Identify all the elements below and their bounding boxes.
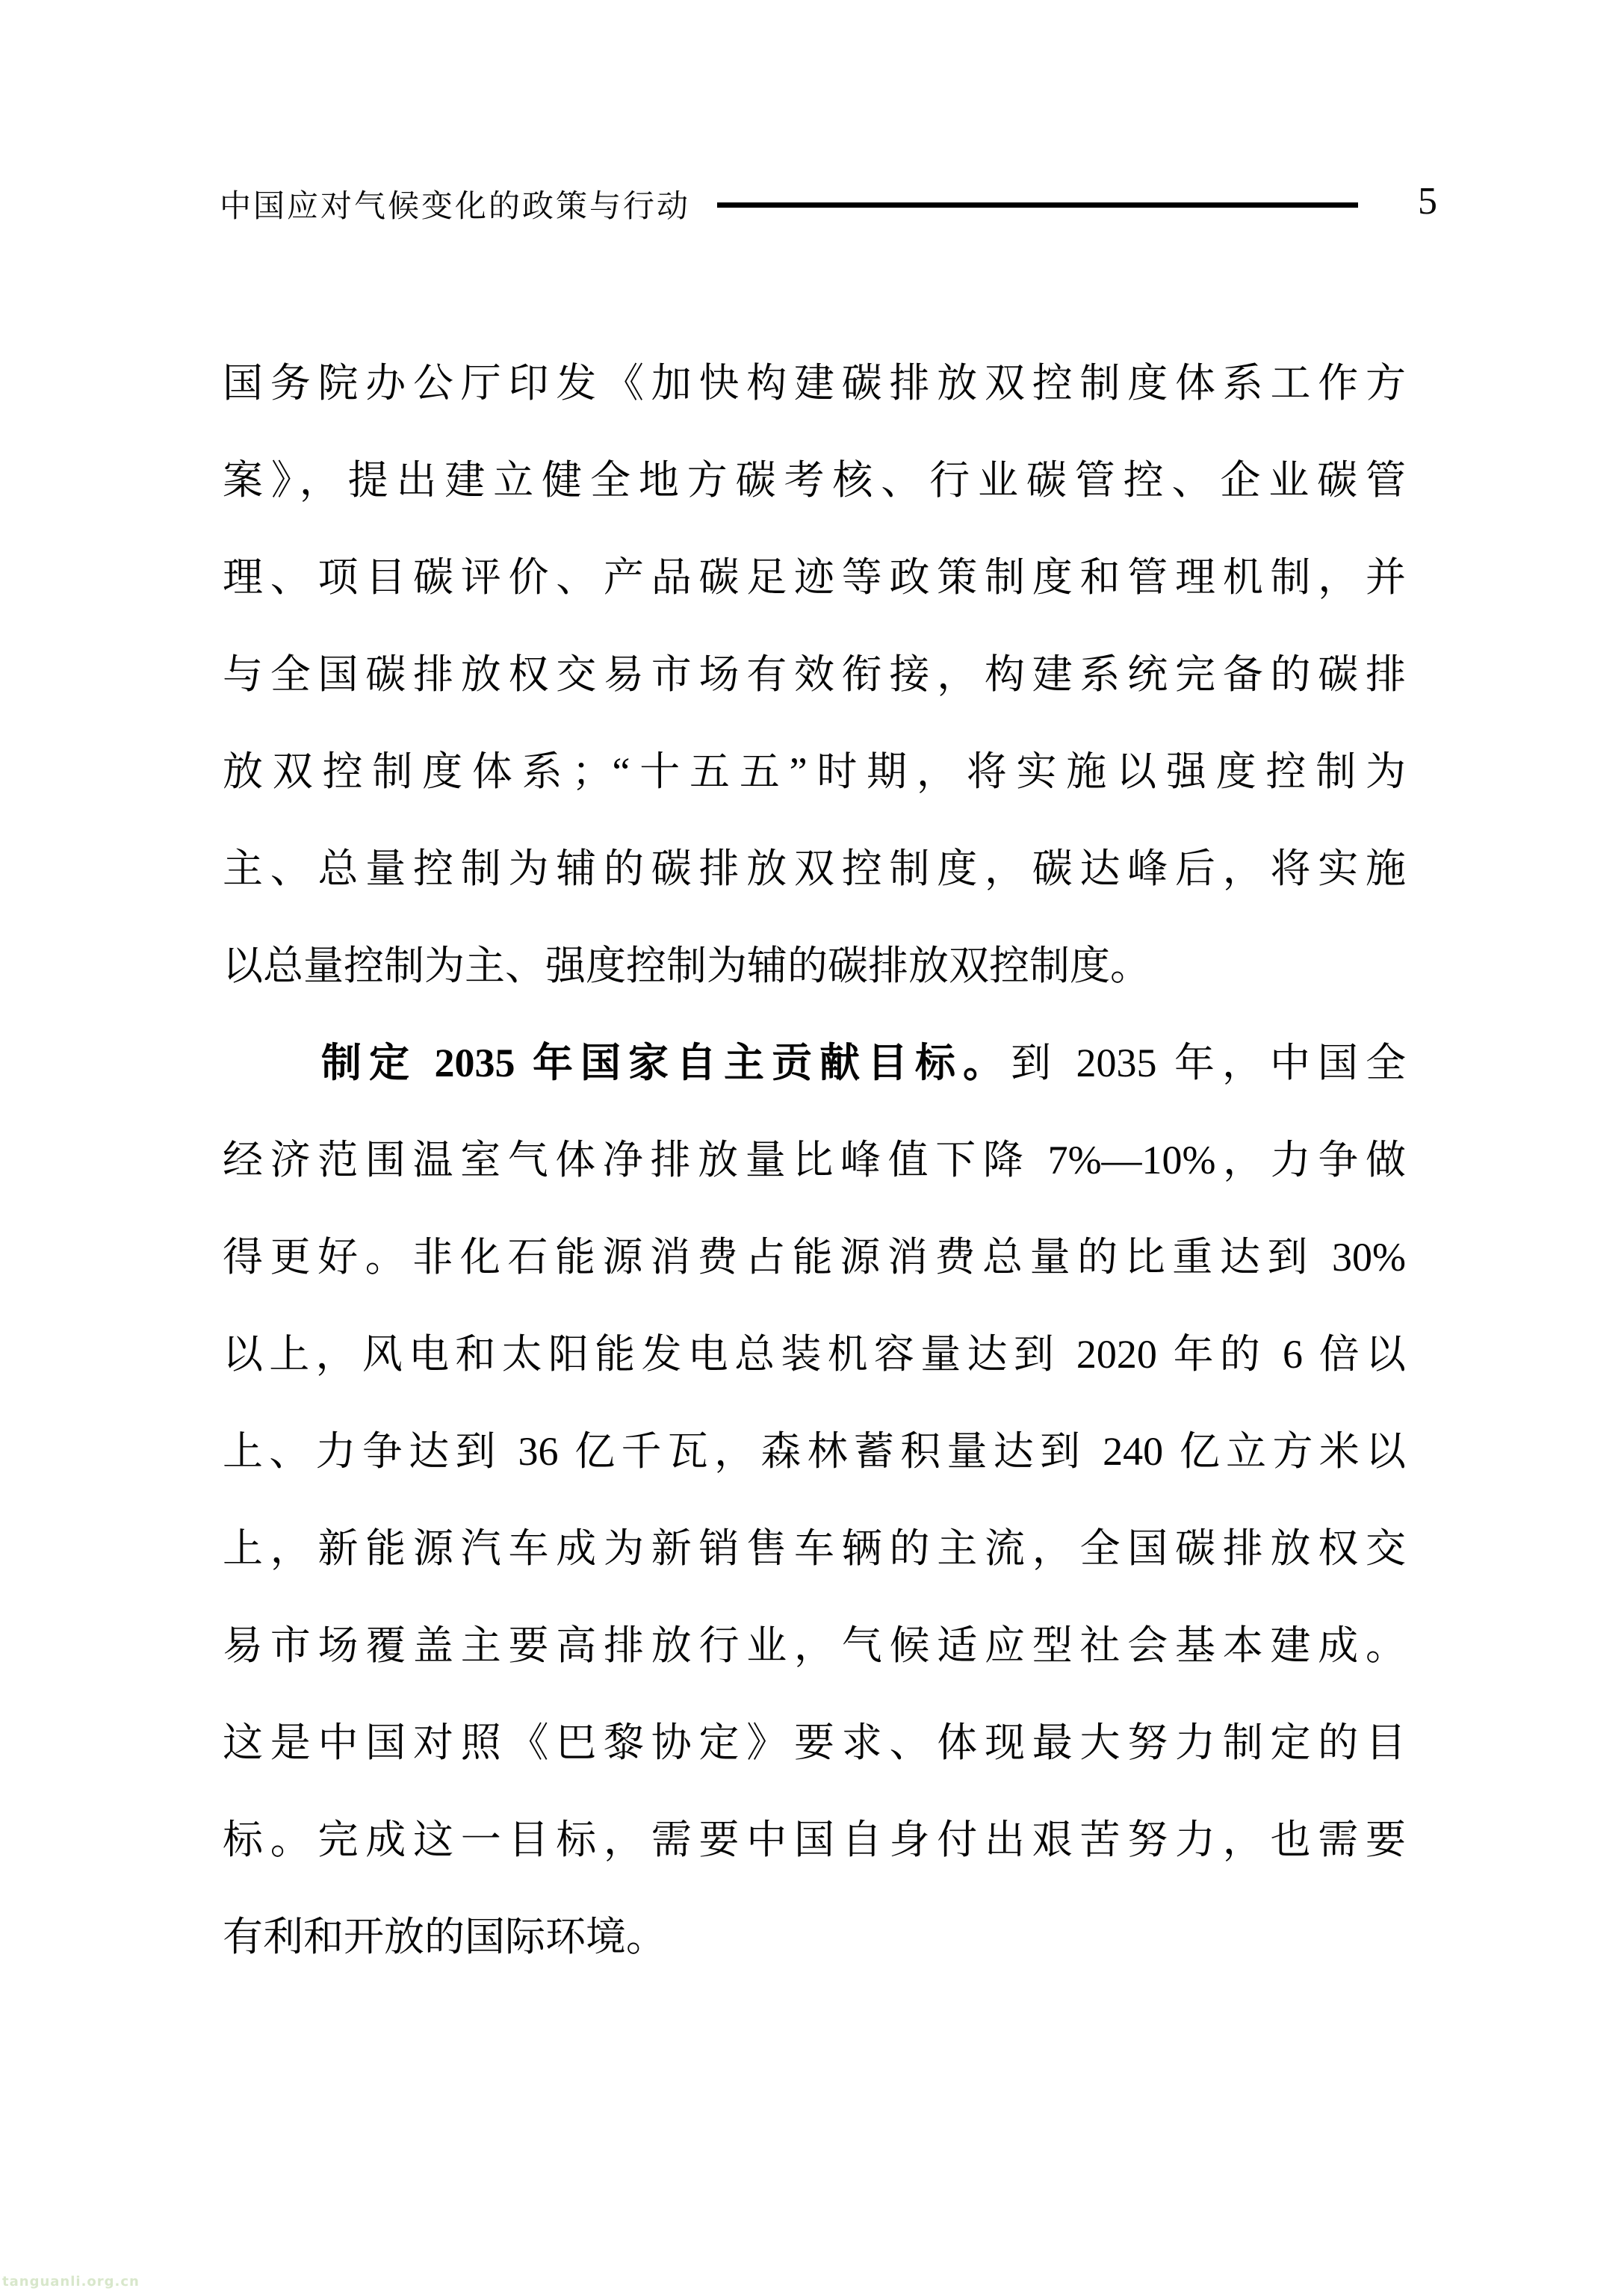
- text-line: 经济范围温室气体净排放量比峰值下降 7%—10%，力争做: [223, 1112, 1406, 1209]
- text-line: 以总量控制为主、强度控制为辅的碳排放双控制度。: [223, 917, 1406, 1014]
- header-rule: [717, 202, 1358, 208]
- page-number: 5: [1418, 179, 1437, 223]
- watermark: tanguanli.org.cn: [2, 2274, 140, 2290]
- text-line: 上、力争达到 36 亿千瓦，森林蓄积量达到 240 亿立方米以: [223, 1403, 1406, 1500]
- text-line: 这是中国对照《巴黎协定》要求、体现最大努力制定的目: [223, 1694, 1406, 1791]
- text-line: 得更好。非化石能源消费占能源消费总量的比重达到 30%: [223, 1209, 1406, 1306]
- document-body: 国务院办公厅印发《加快构建碳排放双控制度体系工作方 案》，提出建立健全地方碳考核…: [223, 335, 1406, 1985]
- text-line: 有利和开放的国际环境。: [223, 1888, 1406, 1985]
- paragraph-lead-rest: 到 2035 年，中国全: [1011, 1041, 1406, 1085]
- text-line: 案》，提出建立健全地方碳考核、行业碳管控、企业碳管: [223, 432, 1406, 529]
- document-page: 中国应对气候变化的政策与行动 5 国务院办公厅印发《加快构建碳排放双控制度体系工…: [0, 0, 1624, 2294]
- paragraph-bold-lead: 制定 2035 年国家自主贡献目标。: [321, 1041, 1011, 1085]
- text-line: 理、项目碳评价、产品碳足迹等政策制度和管理机制，并: [223, 529, 1406, 626]
- text-line: 制定 2035 年国家自主贡献目标。到 2035 年，中国全: [223, 1014, 1406, 1112]
- text-line: 主、总量控制为辅的碳排放双控制度，碳达峰后，将实施: [223, 820, 1406, 917]
- text-line: 易市场覆盖主要高排放行业，气候适应型社会基本建成。: [223, 1597, 1406, 1694]
- header-title: 中国应对气候变化的政策与行动: [220, 182, 690, 226]
- text-line: 放双控制度体系；“十五五”时期，将实施以强度控制为: [223, 723, 1406, 820]
- text-line: 标。完成这一目标，需要中国自身付出艰苦努力，也需要: [223, 1791, 1406, 1888]
- text-line: 以上，风电和太阳能发电总装机容量达到 2020 年的 6 倍以: [223, 1306, 1406, 1403]
- text-line: 国务院办公厅印发《加快构建碳排放双控制度体系工作方: [223, 335, 1406, 432]
- text-line: 与全国碳排放权交易市场有效衔接，构建系统完备的碳排: [223, 626, 1406, 723]
- text-line: 上，新能源汽车成为新销售车辆的主流，全国碳排放权交: [223, 1500, 1406, 1597]
